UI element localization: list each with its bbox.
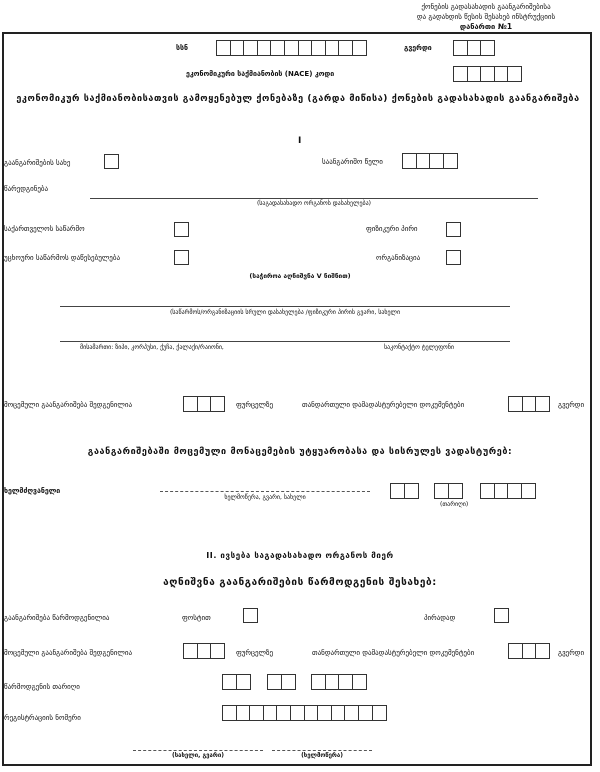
digit-cell[interactable]: [236, 674, 251, 690]
tin-label: სსნ: [176, 44, 188, 52]
tax-year-label: საანგარიშო წელი: [322, 158, 383, 166]
header-line-2: და გადახდის წესის შესახებ ინსტრუქციის: [386, 12, 586, 22]
s2-attached-boxes[interactable]: [508, 643, 549, 659]
submitted-to-label: წარედგინება: [4, 185, 48, 193]
mark-note: (საჭიროა აღნიშვნა V ნიშნით): [0, 272, 600, 280]
name-line[interactable]: [60, 306, 510, 307]
tin-boxes[interactable]: [216, 40, 366, 56]
section-2-heading: II. ივსება საგადასახადო ორგანოს მიერ: [0, 551, 600, 560]
name-caption: (საწარმოს/ორგანიზაციის სრული დასახელება …: [60, 309, 510, 316]
date-caption: (თარიღი): [440, 501, 468, 508]
s2-pages-boxes[interactable]: [183, 643, 224, 659]
submission-month-boxes[interactable]: [267, 674, 294, 690]
checkbox-foreign-branch[interactable]: [174, 250, 189, 265]
phone-caption: საკონტაქტო ტელეფონი: [384, 344, 454, 351]
digit-cell[interactable]: [281, 674, 296, 690]
officer-name-caption: (სახელი, გვარი): [133, 752, 263, 759]
attached-boxes[interactable]: [508, 396, 549, 412]
head-label: ხელმძღვანელი: [4, 487, 60, 495]
digit-cell[interactable]: [352, 674, 367, 690]
officer-name-line[interactable]: [133, 750, 263, 751]
digit-cell[interactable]: [404, 483, 419, 499]
form-title: ეკონომიკურ საქმიანობისათვის გამოყენებულ …: [8, 92, 588, 106]
pages-suffix: ფურცელზე: [236, 401, 273, 409]
submitted-to-caption: (საგადასახადო ორგანოს დასახელება): [90, 200, 538, 207]
in-person-label: პირადად: [424, 614, 455, 622]
digit-cell[interactable]: [210, 643, 225, 659]
section-2-subheading: აღნიშვნა გაანგარიშების წარმოდგენის შესახ…: [0, 577, 600, 588]
submission-year-boxes[interactable]: [311, 674, 365, 690]
digit-cell[interactable]: [210, 396, 225, 412]
submitted-label: გაანგარიშება წარმოდგენილია: [4, 614, 109, 622]
page-boxes[interactable]: [453, 40, 494, 56]
address-line[interactable]: [60, 341, 510, 342]
pages-label: მოცემული გაანგარიშება შედგენილია: [4, 401, 132, 409]
form-header: ქონების გადასახადის გაანგარიშებისა და გა…: [386, 2, 586, 32]
pages-boxes[interactable]: [183, 396, 224, 412]
digit-cell[interactable]: [535, 396, 550, 412]
officer-signature-line[interactable]: [272, 750, 372, 751]
s2-pages-suffix: ფურცელზე: [236, 649, 273, 657]
s2-attached-label: თანდართული დამადასტურებელი დოკუმენტები: [312, 649, 474, 657]
digit-cell[interactable]: [448, 483, 463, 499]
reg-number-boxes[interactable]: [222, 705, 385, 721]
submission-date-label: წარმოდგენის თარიღი: [4, 683, 80, 691]
section-1-heading: I: [0, 136, 600, 146]
checkbox-label-individual: ფიზიკური პირი: [366, 225, 418, 233]
checkbox-organization[interactable]: [446, 250, 461, 265]
confirmation-heading: გაანგარიშებაში მოცემული მონაცემების უტყუ…: [0, 447, 600, 457]
page-label: გვერდი: [404, 44, 432, 52]
signature-line[interactable]: [160, 491, 370, 492]
digit-cell[interactable]: [443, 153, 458, 169]
digit-cell[interactable]: [535, 643, 550, 659]
attached-suffix: გვერდი: [558, 401, 584, 409]
signature-caption: ხელმოწერა, გვარი, სახელი: [160, 494, 370, 501]
s2-attached-suffix: გვერდი: [558, 649, 584, 657]
digit-cell[interactable]: [352, 40, 367, 56]
calc-type-label: გაანგარიშების სახე: [4, 159, 70, 167]
checkbox-georgian-enterprise[interactable]: [174, 222, 189, 237]
s2-pages-label: მოცემული გაანგარიშება შედგენილია: [4, 649, 132, 657]
header-line-1: ქონების გადასახადის გაანგარიშებისა: [386, 2, 586, 12]
submission-day-boxes[interactable]: [222, 674, 249, 690]
submitted-to-line[interactable]: [90, 198, 538, 199]
appendix-number: დანართი №1: [386, 22, 586, 32]
nace-boxes[interactable]: [453, 66, 521, 82]
attached-label: თანდართული დამადასტურებელი დოკუმენტები: [302, 401, 464, 409]
checkbox-by-mail[interactable]: [243, 608, 258, 623]
tax-year-boxes[interactable]: [402, 153, 456, 169]
digit-cell[interactable]: [521, 483, 536, 499]
address-caption: მისამართი: ზიპი, კორპუსი, ქუჩა, ქალაქი/რ…: [80, 344, 224, 351]
date-year-boxes[interactable]: [480, 483, 534, 499]
checkbox-label-georgian-enterprise: საქართველოს საწარმო: [4, 225, 85, 233]
digit-cell[interactable]: [507, 66, 522, 82]
date-month-boxes[interactable]: [434, 483, 461, 499]
checkbox-label-organization: ორგანიზაცია: [376, 254, 420, 262]
checkbox-label-foreign-branch: უცხოური საწარმოს დაწესებულება: [4, 254, 120, 262]
calc-type-box[interactable]: [104, 154, 119, 169]
digit-cell[interactable]: [480, 40, 495, 56]
checkbox-in-person[interactable]: [494, 608, 509, 623]
date-day-boxes[interactable]: [390, 483, 417, 499]
by-mail-label: ფოსტით: [182, 614, 211, 622]
nace-label: ეკონომიკური საქმიანობის (NACE) კოდი: [186, 70, 334, 78]
officer-signature-caption: (ხელმოწერა): [272, 752, 372, 759]
checkbox-individual[interactable]: [446, 222, 461, 237]
digit-cell[interactable]: [372, 705, 387, 721]
reg-number-label: რეგისტრაციის ნომერი: [4, 714, 81, 722]
